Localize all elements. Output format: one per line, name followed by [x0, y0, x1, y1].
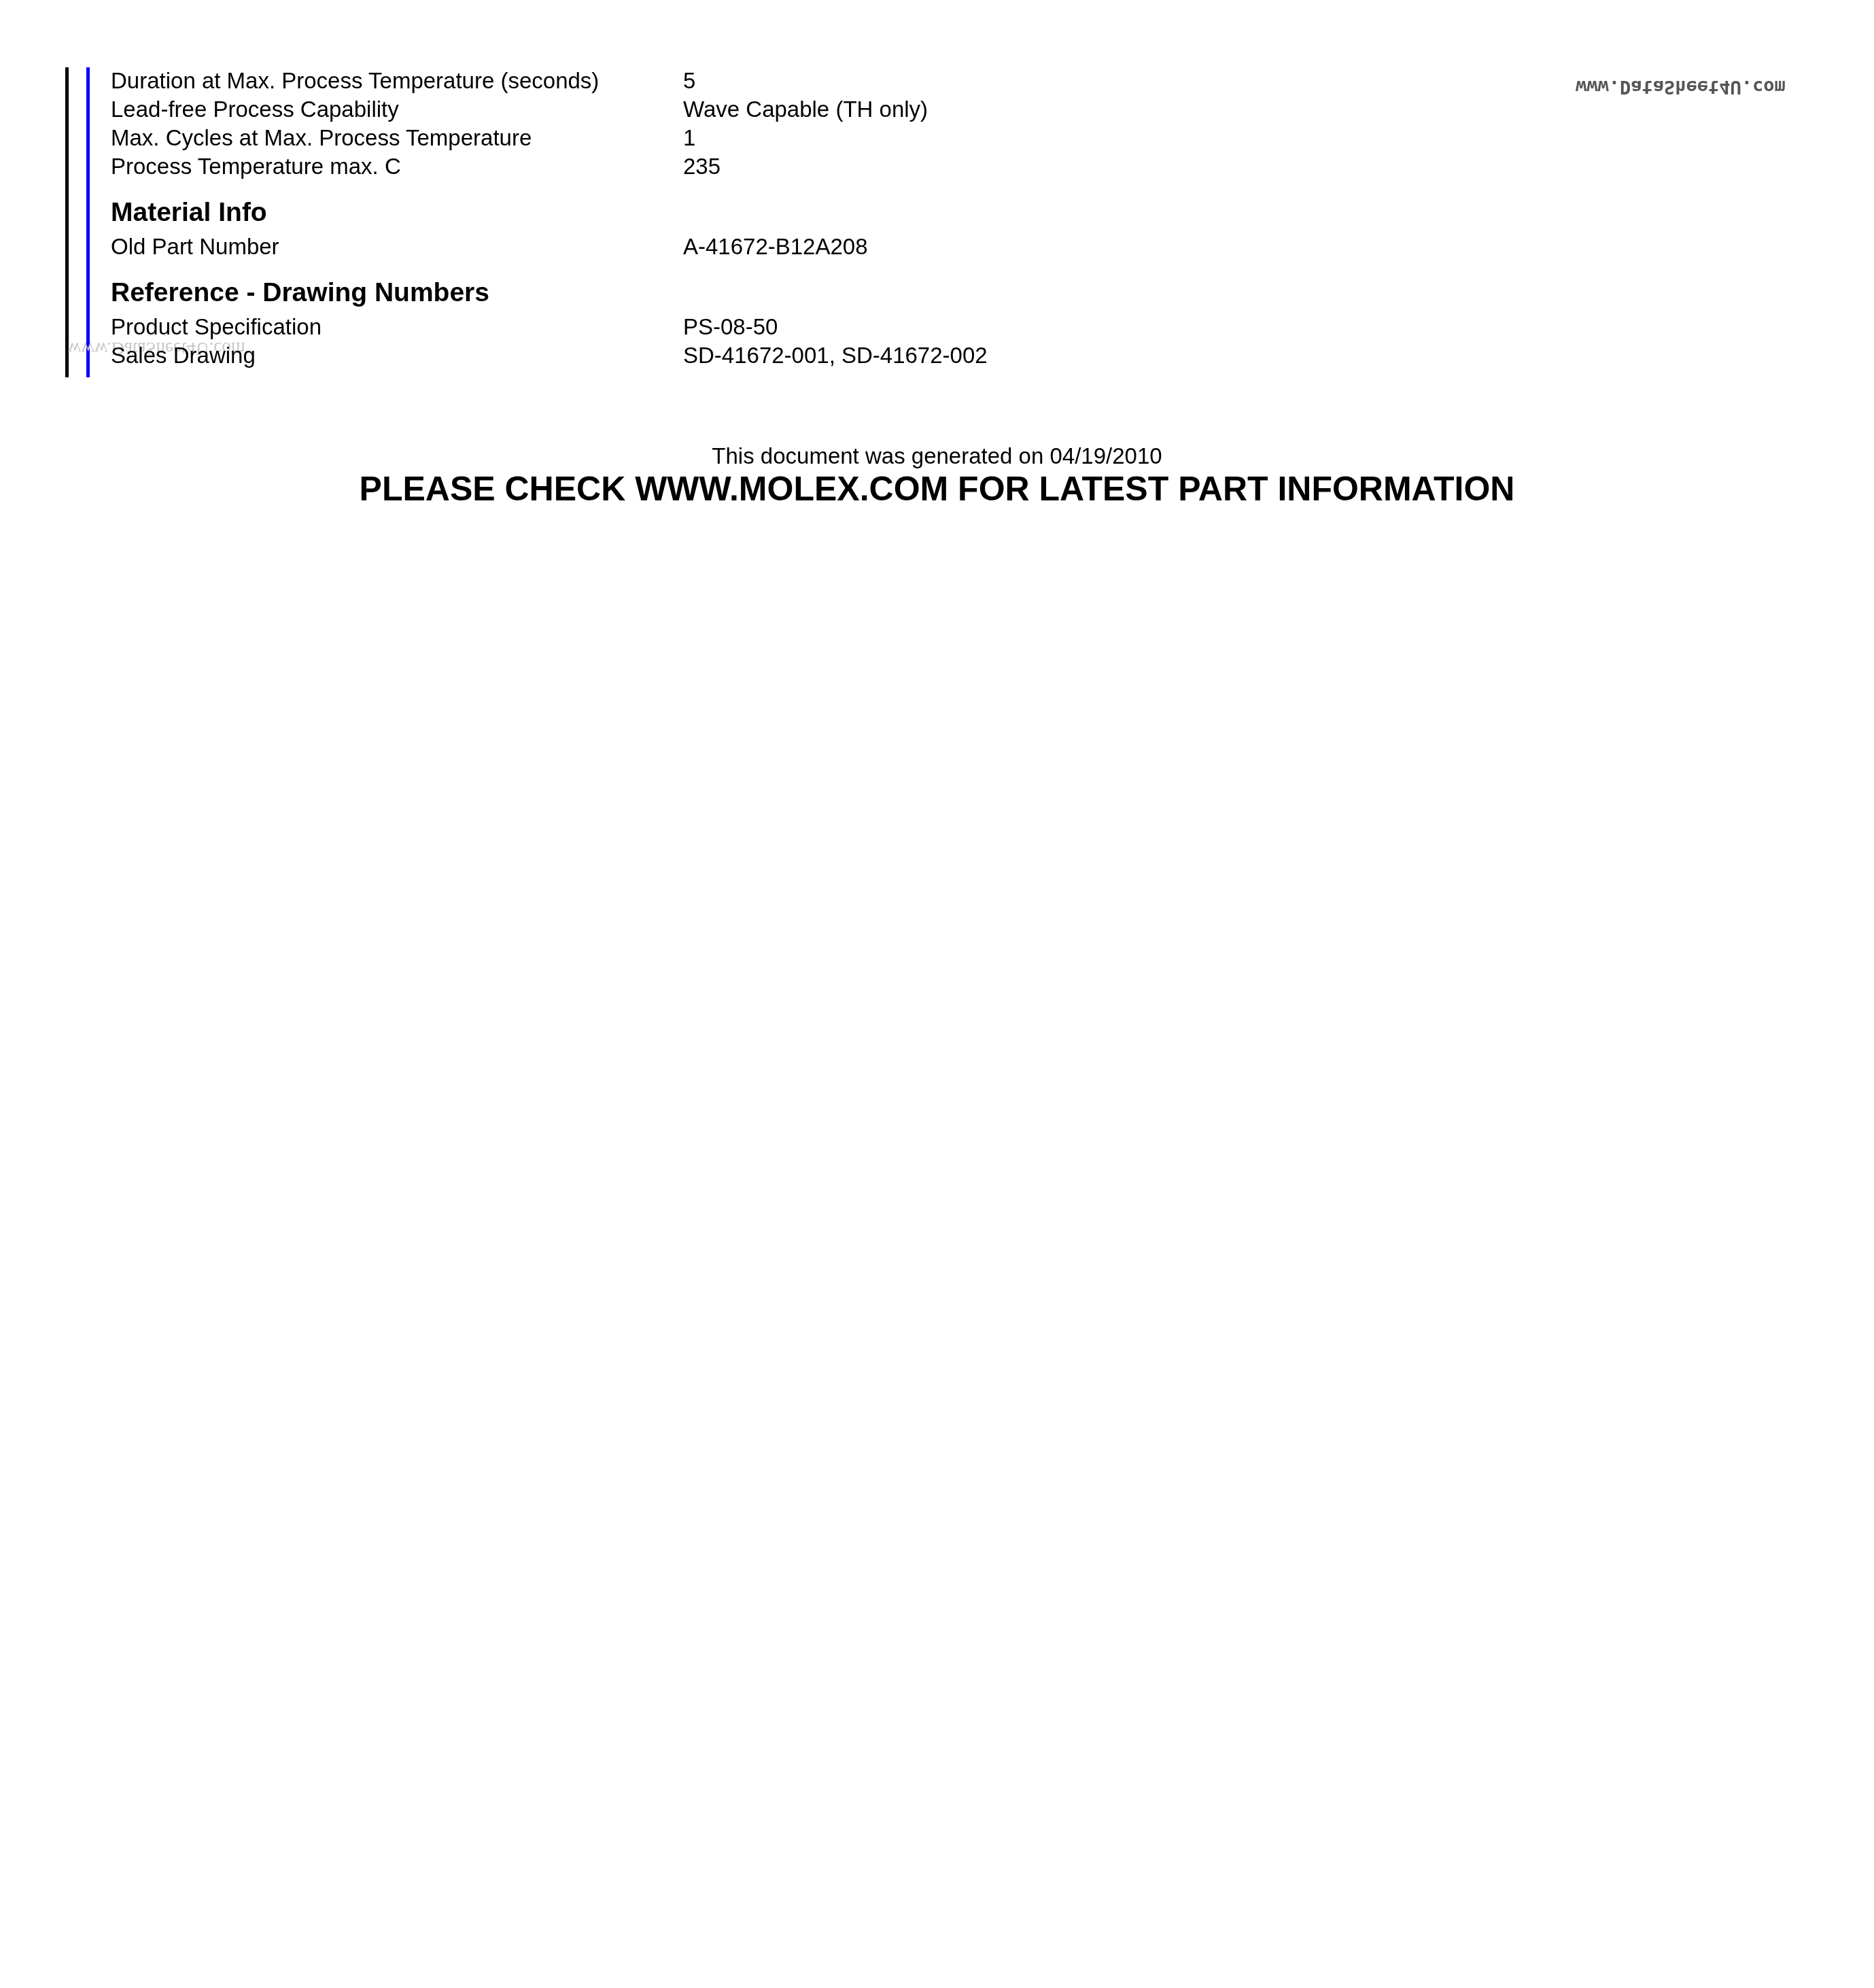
- spec-row: Process Temperature max. C 235: [111, 152, 1130, 181]
- spec-label: Max. Cycles at Max. Process Temperature: [111, 124, 683, 152]
- spec-value: PS-08-50: [683, 313, 1130, 341]
- spec-label: Duration at Max. Process Temperature (se…: [111, 67, 683, 95]
- spec-label: Old Part Number: [111, 233, 683, 261]
- spec-label: Sales Drawing: [111, 341, 683, 370]
- spec-row: Old Part Number A-41672-B12A208: [111, 233, 1130, 261]
- watermark-top-right: www.DataSheet4U.com: [1576, 76, 1786, 97]
- generated-date-text: This document was generated on 04/19/201…: [0, 443, 1874, 469]
- spec-row: Lead-free Process Capability Wave Capabl…: [111, 95, 1130, 124]
- spec-content: Duration at Max. Process Temperature (se…: [111, 67, 1130, 370]
- spec-value: 235: [683, 152, 1130, 181]
- change-bar-blue: [86, 67, 90, 377]
- spec-label: Process Temperature max. C: [111, 152, 683, 181]
- spec-row: Sales Drawing SD-41672-001, SD-41672-002: [111, 341, 1130, 370]
- spec-value: A-41672-B12A208: [683, 233, 1130, 261]
- molex-notice: PLEASE CHECK WWW.MOLEX.COM FOR LATEST PA…: [0, 469, 1874, 509]
- section-title-material-info: Material Info: [111, 193, 1130, 233]
- section-title-reference: Reference - Drawing Numbers: [111, 273, 1130, 313]
- spec-value: Wave Capable (TH only): [683, 95, 1130, 124]
- spec-value: SD-41672-001, SD-41672-002: [683, 341, 1130, 370]
- spec-label: Product Specification: [111, 313, 683, 341]
- spec-row: Max. Cycles at Max. Process Temperature …: [111, 124, 1130, 152]
- spec-value: 1: [683, 124, 1130, 152]
- spec-label: Lead-free Process Capability: [111, 95, 683, 124]
- spec-row: Product Specification PS-08-50: [111, 313, 1130, 341]
- change-bar-black: [65, 67, 69, 377]
- spec-row: Duration at Max. Process Temperature (se…: [111, 67, 1130, 95]
- spec-value: 5: [683, 67, 1130, 95]
